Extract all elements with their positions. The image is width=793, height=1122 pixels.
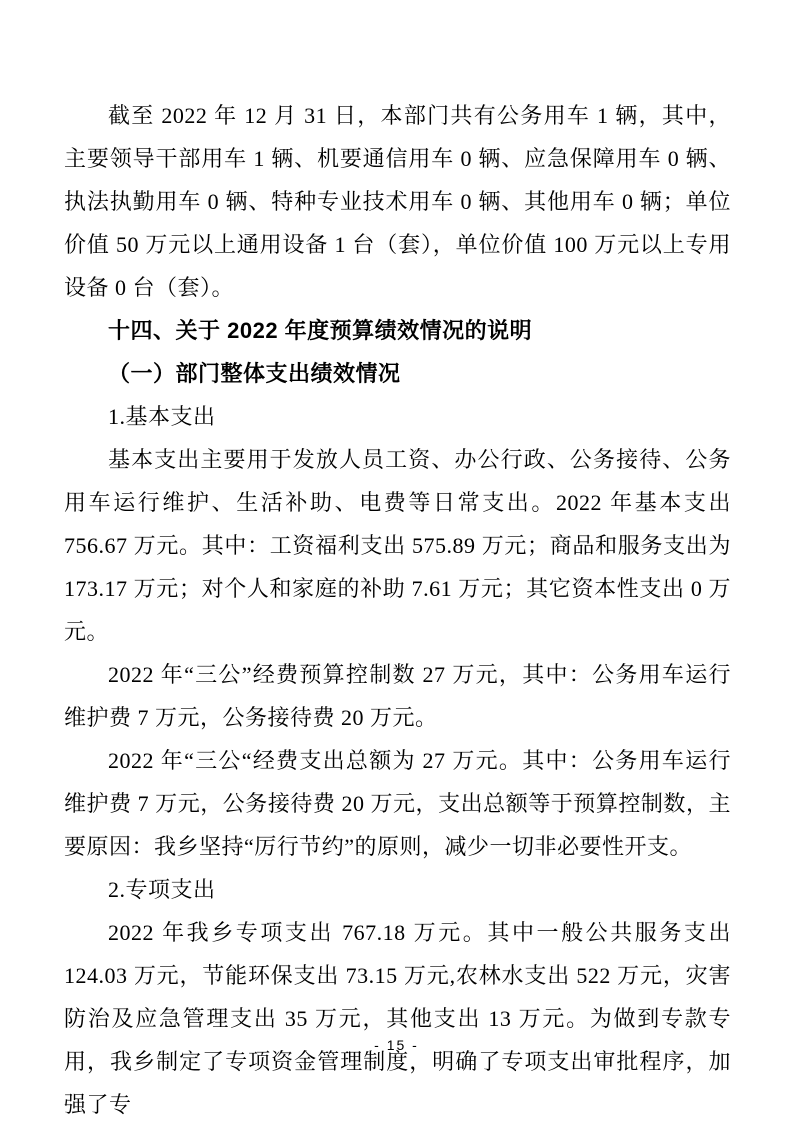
document-page: 截至 2022 年 12 月 31 日，本部门共有公务用车 1 辆，其中，主要领…: [0, 0, 793, 1122]
paragraph: 2022 年“三公“经费支出总额为 27 万元。其中：公务用车运行维护费 7 万…: [64, 739, 731, 868]
paragraph: 2022 年我乡专项支出 767.18 万元。其中一般公共服务支出 124.03…: [64, 911, 731, 1122]
section-heading: 十四、关于 2022 年度预算绩效情况的说明: [64, 309, 731, 352]
paragraph: 截至 2022 年 12 月 31 日，本部门共有公务用车 1 辆，其中，主要领…: [64, 94, 731, 309]
paragraph: 1.基本支出: [64, 395, 731, 438]
section-heading: （一）部门整体支出绩效情况: [64, 352, 731, 395]
paragraph: 2.专项支出: [64, 868, 731, 911]
paragraph: 2022 年“三公”经费预算控制数 27 万元，其中：公务用车运行维护费 7 万…: [64, 653, 731, 739]
page-number: - 15 -: [0, 1036, 793, 1054]
paragraph: 基本支出主要用于发放人员工资、办公行政、公务接待、公务用车运行维护、生活补助、电…: [64, 438, 731, 653]
document-body: 截至 2022 年 12 月 31 日，本部门共有公务用车 1 辆，其中，主要领…: [64, 94, 731, 1122]
